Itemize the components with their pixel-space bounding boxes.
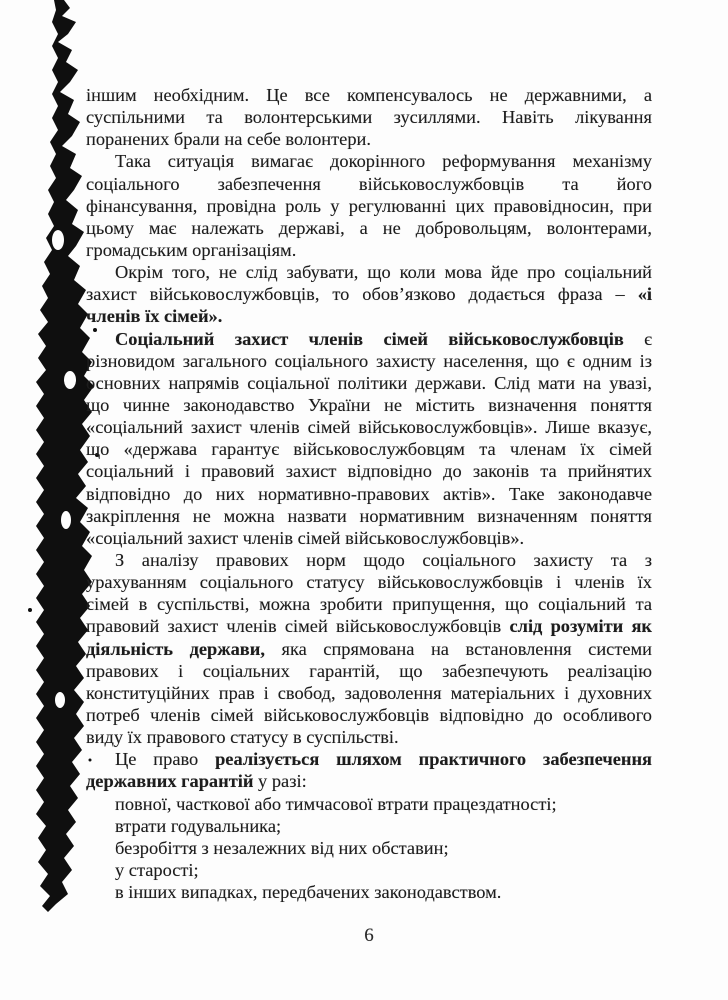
scanned-page: іншим необхідним. Це все компенсувалось …	[0, 0, 728, 1000]
text-line: потреб членів сімей військовослужбовців …	[86, 704, 652, 726]
text-line: відповідно до них нормативно-правових ак…	[86, 483, 652, 505]
text-line: членів їх сімей».	[86, 305, 652, 327]
text-line: соціального забезпечення військовослужбо…	[86, 173, 652, 195]
text-line: Це право реалізується шляхом практичного…	[86, 748, 652, 770]
text-line: З аналізу правових норм щодо соціального…	[86, 549, 652, 571]
text-line: правовий захист членів сімей військовосл…	[86, 615, 652, 637]
text-line: виду їх правового статусу в суспільстві.	[86, 726, 652, 748]
text-line: втрати годувальника;	[86, 815, 652, 837]
text-line: різновидом загального соціального захист…	[86, 350, 652, 372]
text-line: діяльність держави, яка спрямована на вс…	[86, 638, 652, 660]
text-line: сімей в суспільстві, можна зробити припу…	[86, 593, 652, 615]
text-line: громадським організаціям.	[86, 239, 652, 261]
text-line: поранених брали на себе волонтери.	[86, 128, 652, 150]
text-line: конституційних прав і свобод, задоволенн…	[86, 682, 652, 704]
paragraph: Окрім того, не слід забувати, що коли мо…	[86, 261, 652, 327]
text-line: Така ситуація вимагає докорінного реформ…	[86, 150, 652, 172]
text-line: повної, часткової або тимчасової втрати …	[86, 793, 652, 815]
paragraph: втрати годувальника;	[86, 815, 652, 837]
paragraph: Така ситуація вимагає докорінного реформ…	[86, 150, 652, 261]
paragraph: у старості;	[86, 859, 652, 881]
text-line: в інших випадках, передбачених законодав…	[86, 881, 652, 903]
paragraph: безробіття з незалежних від них обставин…	[86, 837, 652, 859]
page-text: іншим необхідним. Це все компенсувалось …	[86, 84, 652, 903]
text-line: фінансування, провідна роль у регулюванн…	[86, 195, 652, 217]
text-line: безробіття з незалежних від них обставин…	[86, 837, 652, 859]
text-line: захист військовослужбовців, то обов’язко…	[86, 283, 652, 305]
text-line: іншим необхідним. Це все компенсувалось …	[86, 84, 652, 106]
paragraph: Це право реалізується шляхом практичного…	[86, 748, 652, 792]
paragraph: Соціальний захист членів сімей військово…	[86, 328, 652, 549]
page-number: 6	[86, 925, 652, 947]
text-line: що «держава гарантує військовослужбовцям…	[86, 438, 652, 460]
paragraph: З аналізу правових норм щодо соціального…	[86, 549, 652, 748]
text-line: урахуванням соціального статусу військов…	[86, 571, 652, 593]
text-line: що чинне законодавство України не містит…	[86, 394, 652, 416]
text-line: основних напрямів соціальної політики де…	[86, 372, 652, 394]
paragraph: в інших випадках, передбачених законодав…	[86, 881, 652, 903]
text-line: цьому має належать державі, а не доброво…	[86, 217, 652, 239]
text-line: «соціальний захист членів сімей військов…	[86, 527, 652, 549]
paragraph: повної, часткової або тимчасової втрати …	[86, 793, 652, 815]
text-line: у старості;	[86, 859, 652, 881]
text-line: закріплення не можна назвати нормативним…	[86, 505, 652, 527]
text-line: Соціальний захист членів сімей військово…	[86, 328, 652, 350]
text-line: соціальний і правовий захист відповідно …	[86, 460, 652, 482]
text-line: правових і соціальних гарантій, що забез…	[86, 660, 652, 682]
text-line: «соціальний захист членів сімей військов…	[86, 416, 652, 438]
text-line: Окрім того, не слід забувати, що коли мо…	[86, 261, 652, 283]
paragraph: іншим необхідним. Це все компенсувалось …	[86, 84, 652, 150]
text-line: державних гарантій у разі:	[86, 770, 652, 792]
text-line: суспільними та волонтерськими зусиллями.…	[86, 106, 652, 128]
